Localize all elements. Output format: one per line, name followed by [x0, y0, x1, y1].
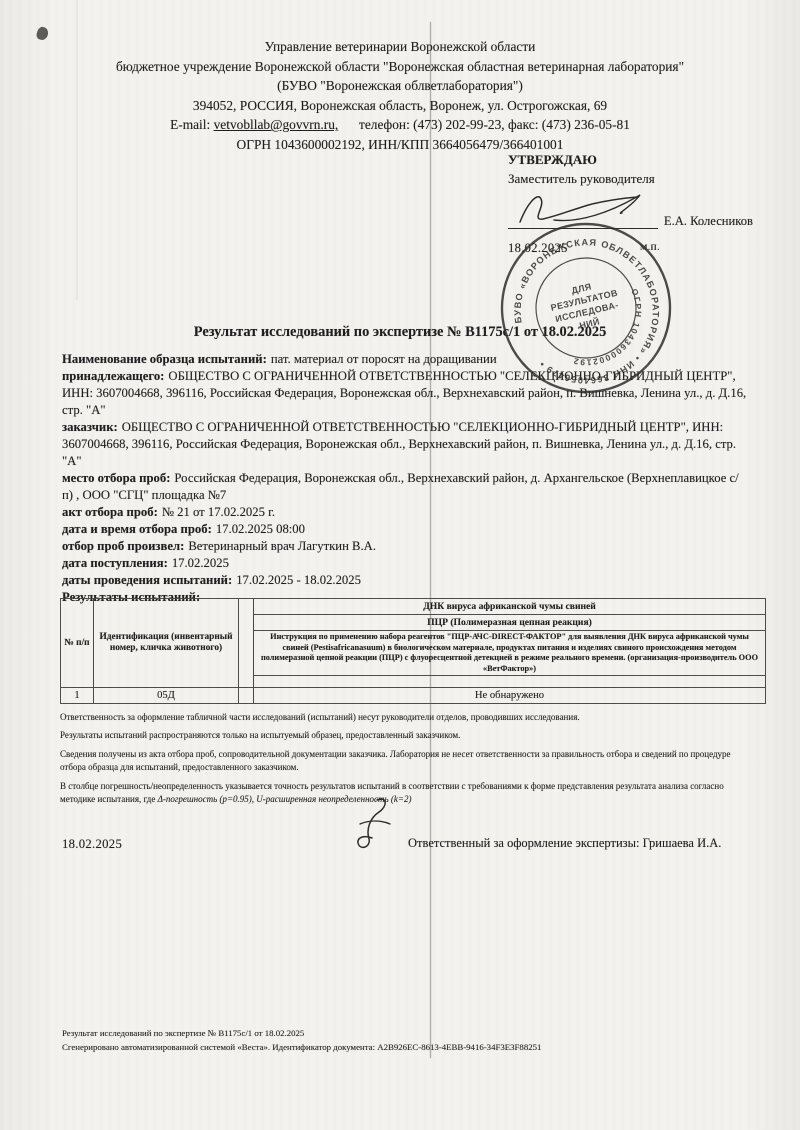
field-value: 17.02.2025 - 18.02.2025	[236, 573, 361, 587]
field-label: отбор проб произвел:	[62, 539, 184, 553]
field-value: ОБЩЕСТВО С ОГРАНИЧЕННОЙ ОТВЕТСТВЕННОСТЬЮ…	[62, 420, 736, 468]
sample-details: Наименование образца испытаний:пат. мате…	[62, 351, 748, 606]
footer-expertise-ref: Результат исследований по экспертизе № В…	[62, 1026, 541, 1040]
test-name-cell: ДНК вируса африканской чумы свиней	[254, 599, 766, 615]
field-label: дата и время отбора проб:	[62, 522, 212, 536]
email-label: E-mail:	[170, 117, 210, 132]
result-value-cell: Не обнаружено	[254, 688, 766, 704]
letterhead: Управление ветеринарии Воронежской облас…	[40, 37, 760, 155]
field-value: 17.02.2025 08:00	[216, 522, 305, 536]
document-footer: Результат исследований по экспертизе № В…	[62, 1026, 541, 1054]
col-header-identification: Идентификация (инвентарный номер, кличка…	[94, 599, 239, 688]
result-spacer-cell	[239, 688, 254, 704]
field-label: акт отбора проб:	[62, 505, 158, 519]
phone-fax: телефон: (473) 202-99-23, факс: (473) 23…	[359, 117, 630, 132]
note-sampling-info: Сведения получены из акта отбора проб, с…	[60, 748, 754, 776]
field-sampling-datetime: дата и время отбора проб:17.02.2025 08:0…	[62, 521, 748, 538]
field-sampling-act: акт отбора проб:№ 21 от 17.02.2025 г.	[62, 504, 748, 521]
signoff-date: 18.02.2025	[62, 837, 122, 852]
org-name: бюджетное учреждение Воронежской области…	[40, 57, 760, 77]
result-id-cell: 05Д	[94, 688, 239, 704]
spacer-cell	[254, 676, 766, 688]
field-received-date: дата поступления:17.02.2025	[62, 555, 748, 572]
note-scope: Результаты испытаний распространяются то…	[60, 729, 754, 743]
field-testing-dates: даты проведения испытаний:17.02.2025 - 1…	[62, 572, 748, 589]
org-short-name: (БУВО "Воронежская облветлаборатория")	[40, 76, 760, 96]
field-value: Ветеринарный врач Лагуткин В.А.	[188, 539, 376, 553]
approve-label: УТВЕРЖДАЮ	[508, 150, 758, 169]
scanned-document-page: Управление ветеринарии Воронежской облас…	[0, 0, 800, 1130]
footer-generated-by: Сгенерировано автоматизированной системо…	[62, 1040, 541, 1054]
responsible-signature-stroke	[352, 795, 398, 853]
field-label: заказчик:	[62, 420, 118, 434]
results-table: № п/п Идентификация (инвентарный номер, …	[60, 598, 766, 704]
table-row-result: 1 05Д Не обнаружено	[61, 688, 766, 704]
method-full-cell: Инструкция по применению набора реагенто…	[254, 631, 766, 676]
note-responsibility: Ответственность за оформление табличной …	[60, 711, 754, 725]
result-num-cell: 1	[61, 688, 94, 704]
approver-name: Е.А. Колесников	[664, 212, 753, 231]
responsible-person: Ответственный за оформление экспертизы: …	[408, 836, 721, 851]
field-label: даты проведения испытаний:	[62, 573, 232, 587]
email-value: vetvobllab@govvrn.ru,	[214, 117, 339, 132]
field-value: № 21 от 17.02.2025 г.	[162, 505, 275, 519]
org-contacts: E-mail: vetvobllab@govvrn.ru, телефон: (…	[40, 115, 760, 135]
field-label: место отбора проб:	[62, 471, 170, 485]
field-label: принадлежащего:	[62, 369, 164, 383]
field-value: пат. материал от поросят на доращивании	[271, 352, 497, 366]
field-value: 17.02.2025	[172, 556, 229, 570]
note-uncertainty: В столбце погрешность/неопределенность у…	[60, 780, 754, 808]
org-authority: Управление ветеринарии Воронежской облас…	[40, 37, 760, 57]
disclaimer-notes: Ответственность за оформление табличной …	[60, 711, 754, 812]
method-short-cell: ПЦР (Полимеразная цепная реакция)	[254, 615, 766, 631]
field-label: дата поступления:	[62, 556, 168, 570]
org-address: 394052, РОССИЯ, Воронежская область, Вор…	[40, 96, 760, 116]
table-row-test-name: № п/п Идентификация (инвентарный номер, …	[61, 599, 766, 615]
field-sampled-by: отбор проб произвел:Ветеринарный врач Ла…	[62, 538, 748, 555]
col-header-num: № п/п	[61, 599, 94, 688]
field-customer: заказчик:ОБЩЕСТВО С ОГРАНИЧЕННОЙ ОТВЕТСТ…	[62, 419, 748, 470]
field-label: Наименование образца испытаний:	[62, 352, 267, 366]
table-spacer-column	[239, 599, 254, 688]
mp-mark: М.П.	[640, 243, 660, 252]
field-sampling-place: место отбора проб:Российская Федерация, …	[62, 470, 748, 504]
